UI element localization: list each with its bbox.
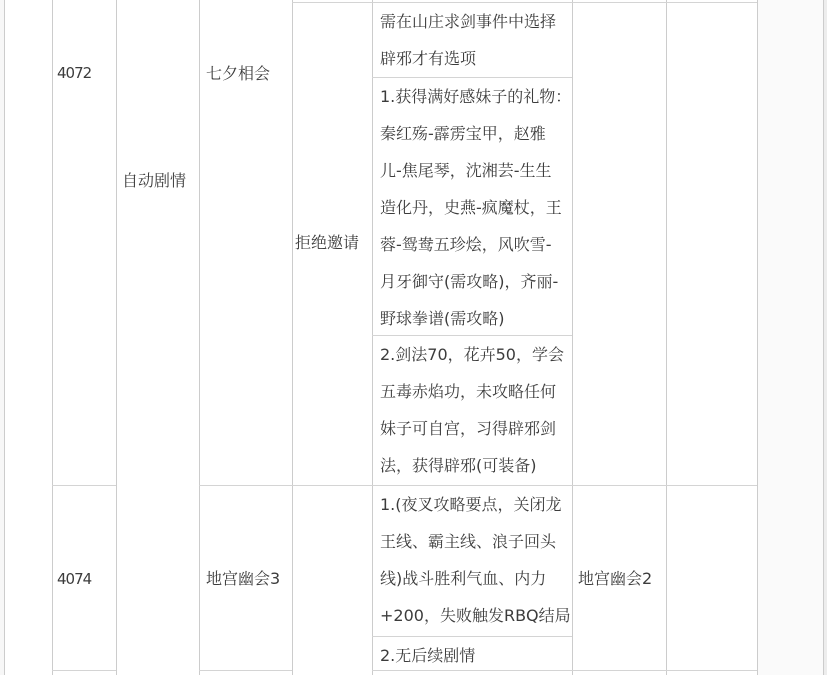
result-cell: 需在山庄求剑事件中选择 辟邪才有选项	[380, 3, 556, 77]
table-border-horizontal	[52, 670, 116, 671]
table-border-vertical	[372, 0, 373, 675]
table-border-vertical	[757, 0, 758, 675]
table-border-vertical	[52, 0, 53, 675]
table-border-vertical	[4, 0, 5, 675]
result-cell: 1.(夜叉攻略要点，关闭龙 王线、霸主线、浪子回头 线)战斗胜利气血、内力 +2…	[380, 486, 571, 634]
event-id-cell: 4072	[57, 63, 91, 83]
event-id-cell: 4074	[57, 569, 91, 589]
table-border-horizontal	[52, 485, 116, 486]
table-border-vertical	[199, 0, 200, 675]
result-cell: 1.获得满好感妹子的礼物： 秦红殇-霹雳宝甲，赵雅 儿-焦尾琴，沈湘芸-生生 造…	[380, 78, 571, 337]
table-border-vertical	[666, 0, 667, 675]
result-cell: 2.剑法70，花卉50，学会 五毒赤焰功，未攻略任何 妹子可自宫，习得辟邪剑 法…	[380, 336, 564, 484]
event-name-cell: 七夕相会	[206, 64, 270, 84]
table-border-vertical	[572, 0, 573, 675]
next-event-cell: 地宫幽会2	[578, 569, 652, 589]
table-border-horizontal	[199, 670, 292, 671]
result-cell: 2.无后续剧情	[380, 637, 475, 674]
choice-cell: 拒绝邀请	[295, 233, 359, 253]
table-border-vertical	[116, 0, 117, 675]
event-table: 4072 自动剧情 七夕相会 拒绝邀请 需在山庄求剑事件中选择 辟邪才有选项 1…	[0, 0, 827, 675]
event-type-cell: 自动剧情	[122, 171, 186, 191]
table-border-vertical	[292, 0, 293, 675]
table-border-vertical	[823, 0, 824, 675]
table-gutter-column	[758, 0, 823, 675]
event-name-cell: 地宫幽会3	[206, 569, 280, 589]
